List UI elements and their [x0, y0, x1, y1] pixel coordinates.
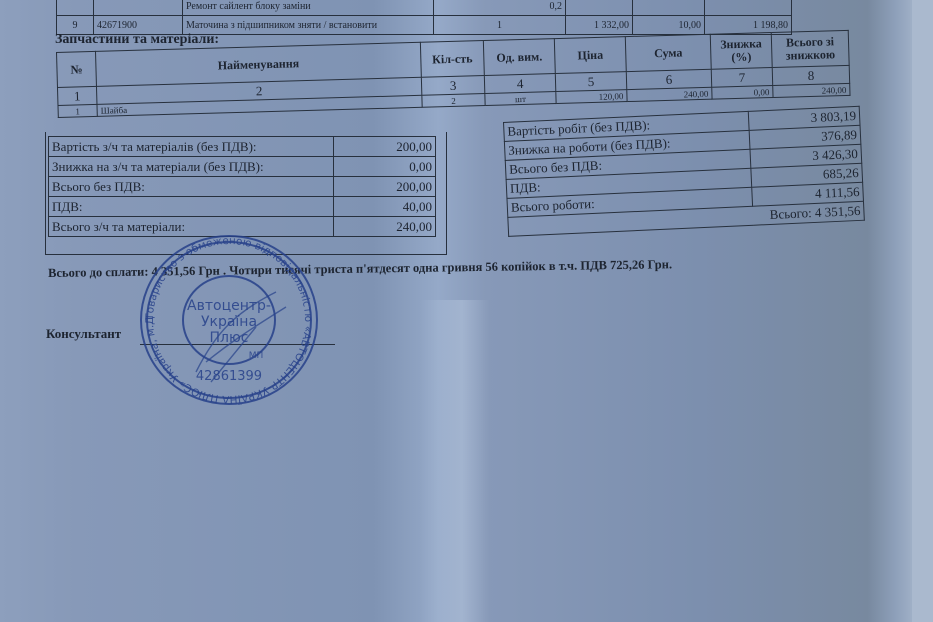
table-row: Ремонт сайлент блоку заміни 0,2	[57, 0, 792, 16]
stamp-mp: МП	[249, 351, 264, 361]
works-summary-table: Вартість робіт (без ПДВ):3 803,19 Знижка…	[503, 106, 865, 237]
summary-row: Знижка на з/ч та матеріали (без ПДВ):0,0…	[49, 157, 436, 177]
summary-row: ПДВ:40,00	[49, 197, 436, 217]
company-stamp-icon: Товариство з обмеженою відповідальністю …	[136, 232, 322, 408]
parts-section-title: Запчастини та матеріали:	[55, 32, 219, 48]
invoice-document: Ремонт сайлент блоку заміни 0,2 9 426719…	[0, 0, 933, 622]
consultant-label: Консультант	[46, 326, 121, 342]
stamp-code: 42861399	[196, 369, 262, 384]
parts-summary-table: Вартість з/ч та матеріалів (без ПДВ):200…	[48, 136, 436, 237]
works-table-fragment: Ремонт сайлент блоку заміни 0,2 9 426719…	[56, 0, 792, 35]
summary-row: Вартість з/ч та матеріалів (без ПДВ):200…	[49, 137, 436, 157]
summary-row: Всього без ПДВ:200,00	[49, 177, 436, 197]
stamp-center-line: Автоцентр-	[187, 298, 271, 314]
stamp-center-line: Україна	[201, 314, 257, 330]
